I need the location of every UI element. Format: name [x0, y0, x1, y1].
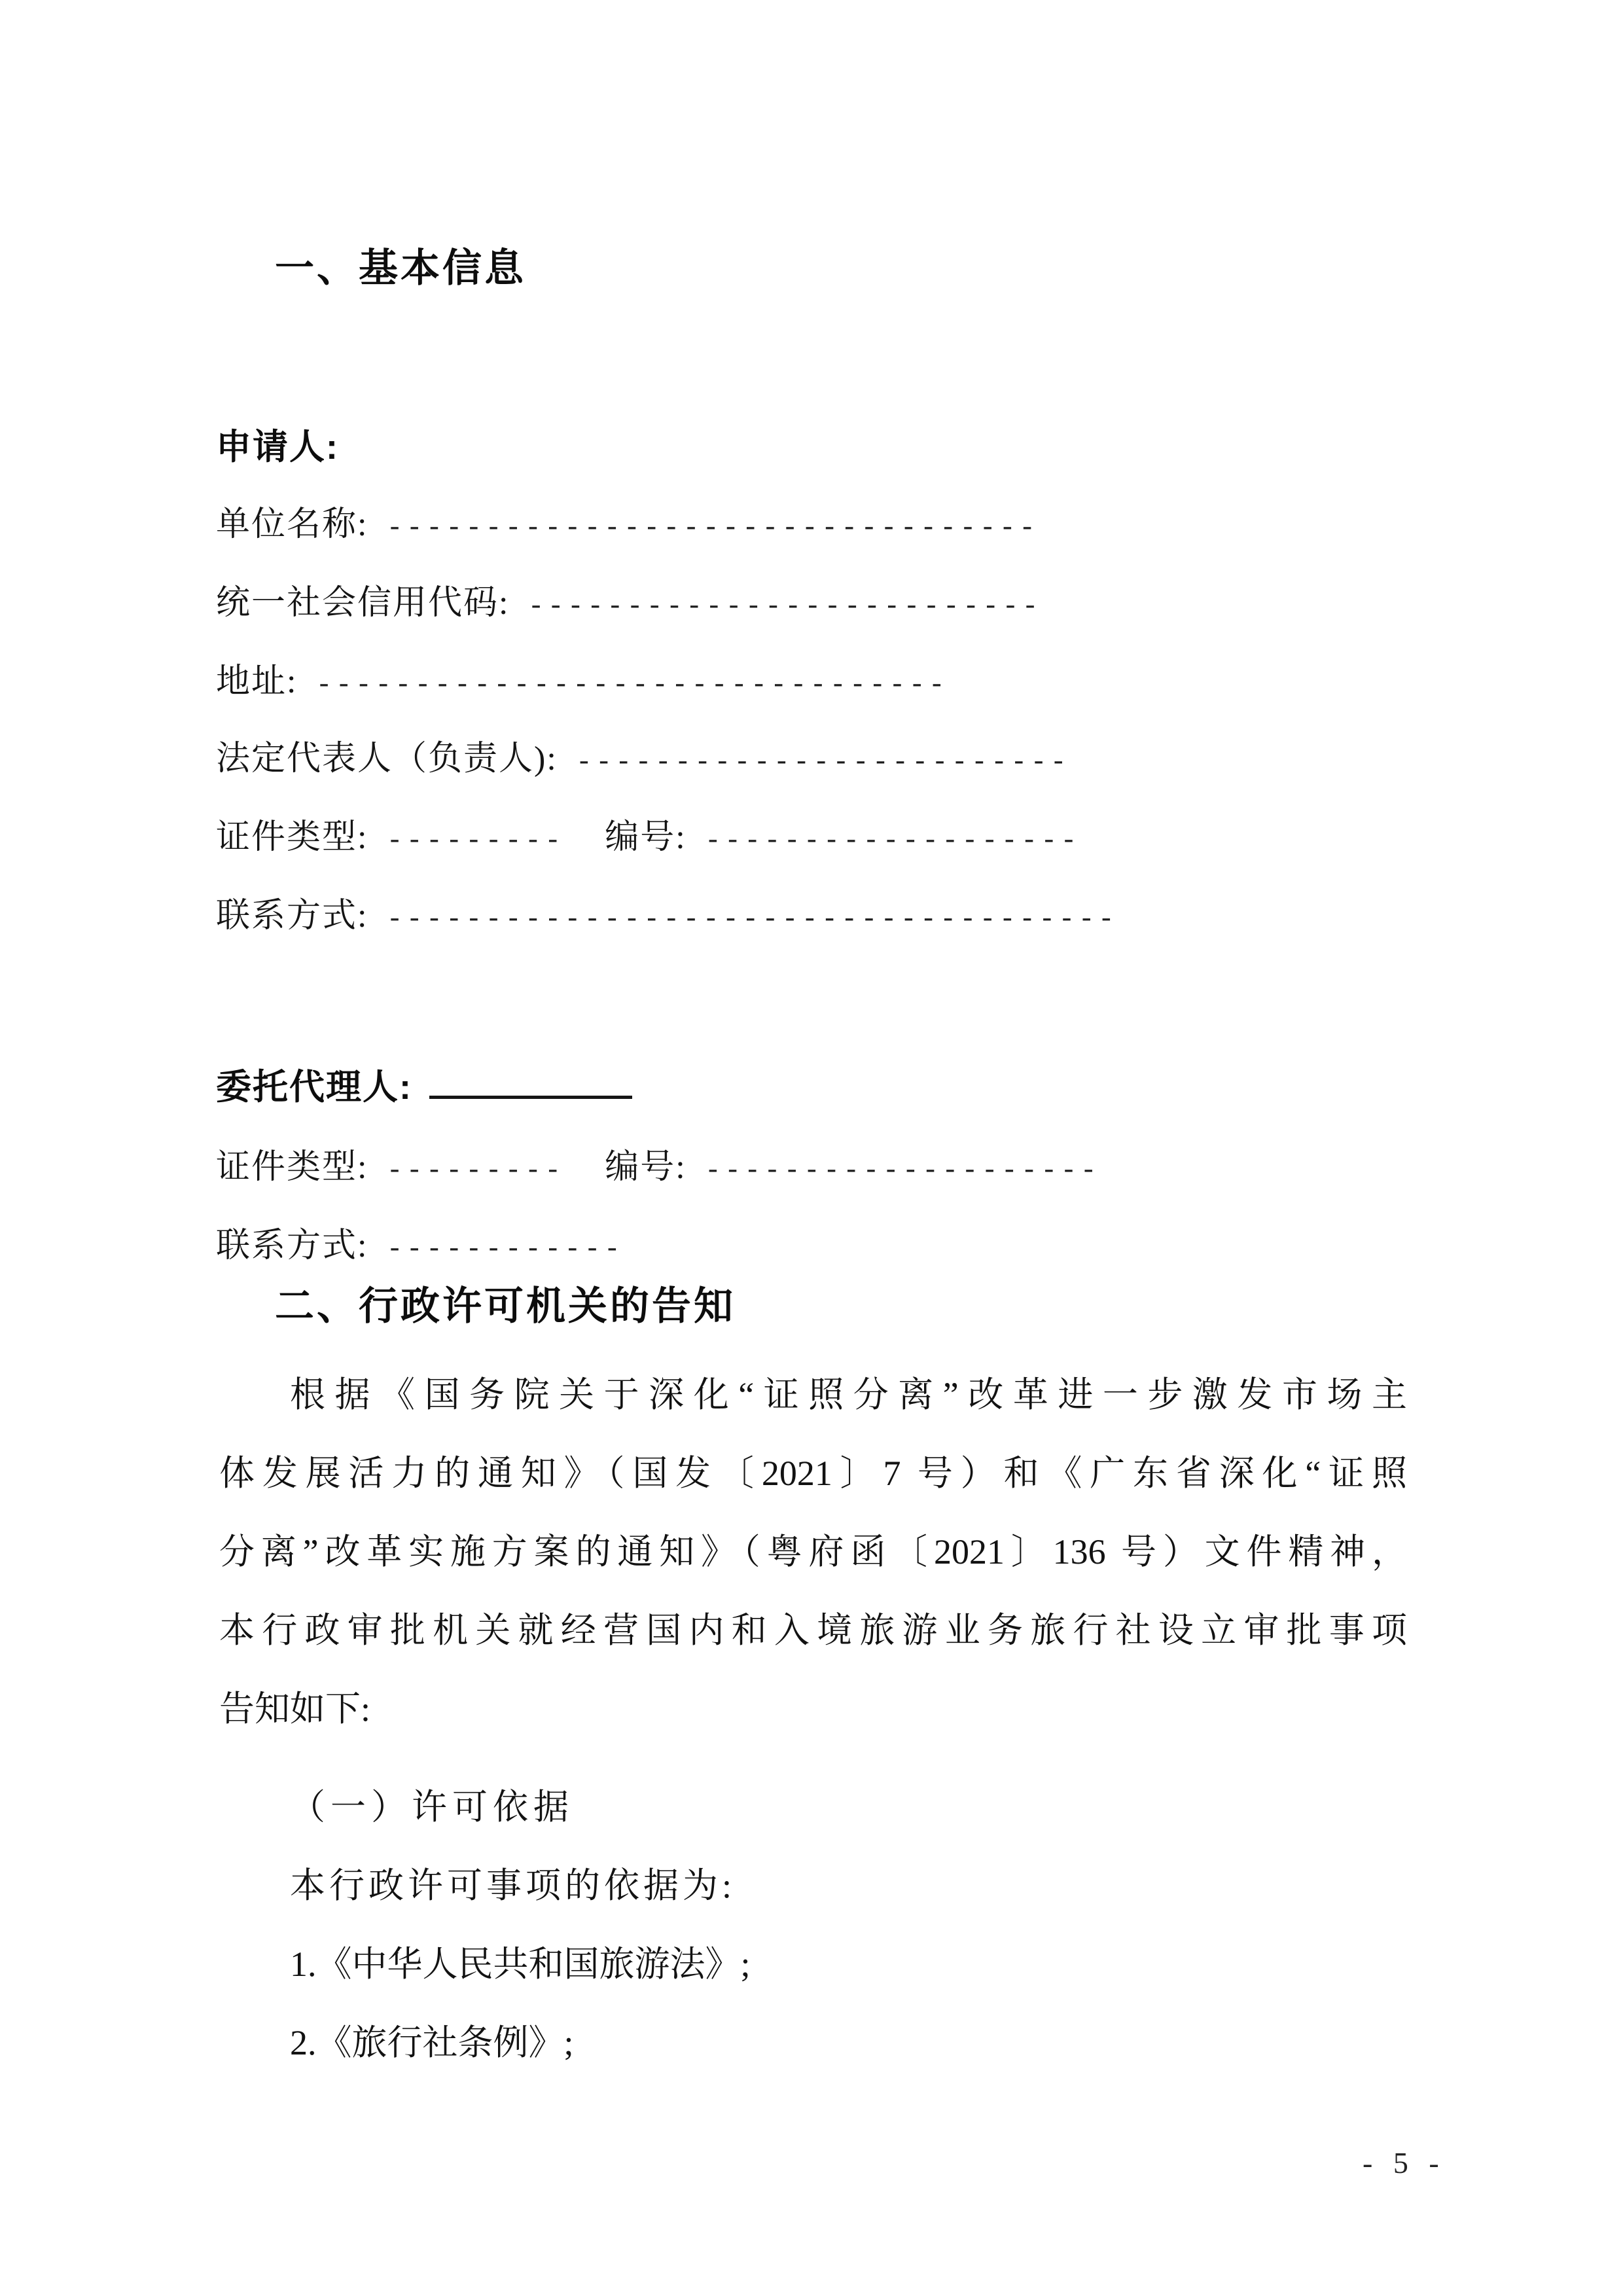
blank-line-dashes: ---------------------------------	[386, 512, 1039, 544]
agent-row: 委托代理人:	[216, 1059, 632, 1109]
legal-item: 1.《中华人民共和国旅游法》;	[290, 1936, 1478, 1986]
field-label: 地址:	[216, 653, 297, 702]
blank-line-dashes: -------------------	[705, 825, 1080, 857]
field-label: 法定代表人（负责人):	[216, 730, 558, 780]
field-label: 证件类型:	[216, 809, 368, 858]
blank-line-dashes: --------------------------	[527, 591, 1041, 622]
paragraph-line: 告知如下:	[219, 1681, 1407, 1731]
page-number: - 5 -	[1363, 2145, 1446, 2180]
field-label: 单位名称:	[216, 496, 368, 545]
paragraph-line: 体发展活力的通知》（国发〔2021〕7 号）和《广东省深化“证照	[219, 1445, 1407, 1496]
section1-heading: 一、基本信息	[275, 237, 526, 293]
agent-field-row-contact: 联系方式: ------------	[216, 1217, 624, 1266]
blank-line-dashes: -------------------------------------	[386, 904, 1118, 935]
legal-item: 2.《旅行社条例》;	[290, 2015, 1478, 2065]
agent-blank-underline	[429, 1063, 632, 1099]
field-row-legal-representative: 法定代表人（负责人): -------------------------	[216, 730, 1070, 780]
field-label: 联系方式:	[216, 888, 368, 937]
basis-intro: 本行政许可事项的依据为:	[290, 1857, 1478, 1908]
field-row-credit-code: 统一社会信用代码: --------------------------	[216, 575, 1042, 624]
field-row-address: 地址: --------------------------------	[216, 653, 948, 702]
paragraph-line: 根据《国务院关于深化“证照分离”改革进一步激发市场主	[219, 1367, 1407, 1417]
field-label: 编号:	[605, 1139, 686, 1188]
document-page: 一、基本信息 申请人: 单位名称: ----------------------…	[0, 0, 1623, 2296]
agent-field-row-cert-type-number: 证件类型: --------- 编号: --------------------	[216, 1139, 1100, 1188]
field-row-cert-type-number: 证件类型: --------- 编号: -------------------	[216, 809, 1080, 858]
section2-heading: 二、行政许可机关的告知	[275, 1275, 736, 1331]
blank-line-dashes: -------------------------	[576, 747, 1070, 778]
field-label: 证件类型:	[216, 1139, 368, 1188]
paragraph-line: 分离”改革实施方案的通知》（粤府函〔2021〕136 号）文件精神，	[219, 1524, 1407, 1574]
blank-line-dashes: --------------------------------	[315, 670, 948, 701]
applicant-label: 申请人:	[216, 419, 339, 469]
paragraph-line: 本行政审批机关就经营国内和入境旅游业务旅行社设立审批事项	[219, 1602, 1407, 1653]
field-row-company-name: 单位名称: ---------------------------------	[216, 496, 1039, 545]
field-row-contact: 联系方式: ----------------------------------…	[216, 888, 1118, 937]
blank-line-dashes: ---------	[386, 1155, 564, 1187]
field-label: 统一社会信用代码:	[216, 575, 509, 624]
field-label: 联系方式:	[216, 1217, 368, 1266]
blank-line-dashes: ---------	[386, 825, 564, 857]
blank-line-dashes: --------------------	[705, 1155, 1100, 1187]
field-label: 编号:	[605, 809, 686, 858]
blank-line-dashes: ------------	[386, 1234, 623, 1265]
subsection-heading: （一）许可依据	[290, 1779, 1478, 1829]
agent-label: 委托代理人:	[216, 1059, 412, 1109]
